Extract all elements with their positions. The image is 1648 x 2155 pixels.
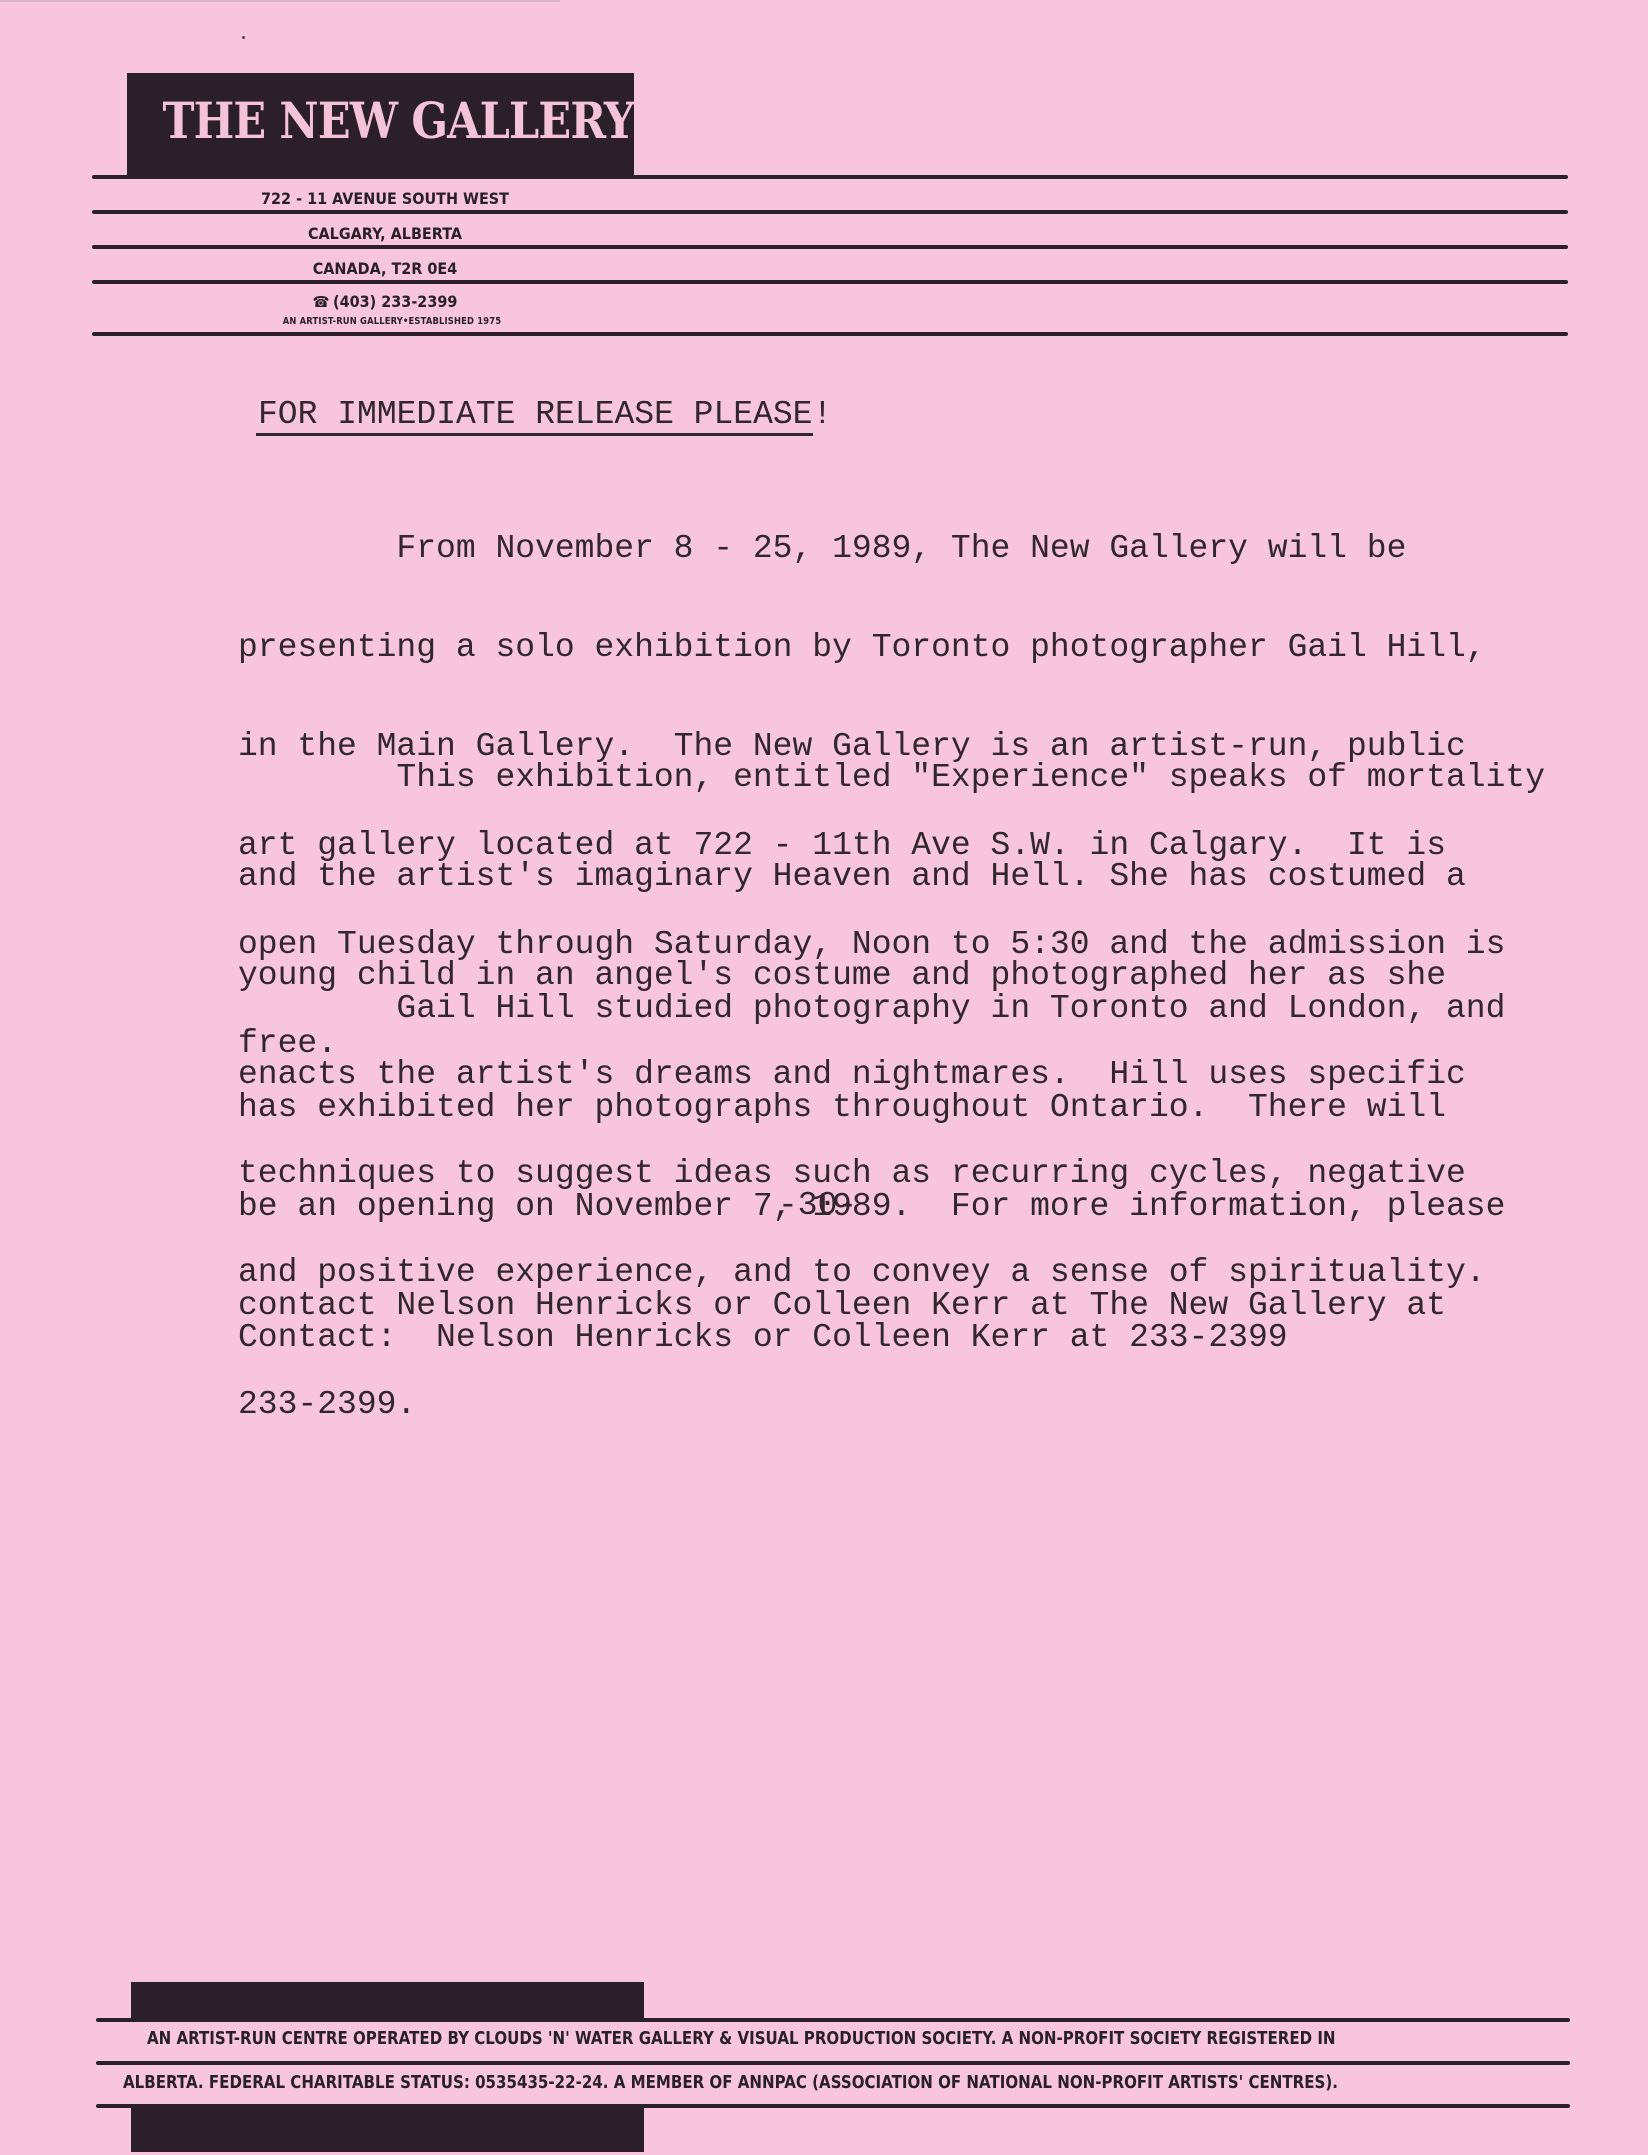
footer-rule-2 — [96, 2061, 1570, 2065]
paragraph-line: presenting a solo exhibition by Toronto … — [238, 631, 1505, 664]
footer-text-line-1: AN ARTIST-RUN CENTRE OPERATED BY CLOUDS … — [147, 2029, 1336, 2049]
paragraph-line: Gail Hill studied photography in Toronto… — [238, 992, 1505, 1025]
scan-edge-artifact — [0, 0, 560, 2]
paragraph-line: and the artist's imaginary Heaven and He… — [238, 860, 1545, 893]
press-release-page: THE NEW GALLERY 722 - 11 AVENUE SOUTH WE… — [0, 0, 1648, 2155]
letterhead-rule-5 — [92, 332, 1568, 336]
paragraph-line: contact Nelson Henricks or Colleen Kerr … — [238, 1289, 1505, 1322]
gallery-tagline: AN ARTIST-RUN GALLERY•ESTABLISHED 1975 — [207, 316, 577, 327]
contact-line: Contact: Nelson Henricks or Colleen Kerr… — [238, 1321, 1288, 1354]
end-of-release-mark: -30- — [778, 1189, 857, 1222]
letterhead-rule-1 — [92, 175, 1568, 179]
letterhead-rule-2 — [92, 210, 1568, 214]
release-headline: FOR IMMEDIATE RELEASE PLEASE! — [258, 398, 832, 431]
headline-underline — [256, 433, 813, 436]
paragraph-line: 233-2399. — [238, 1388, 1505, 1421]
footer-text-line-2: ALBERTA. FEDERAL CHARITABLE STATUS: 0535… — [123, 2073, 1338, 2093]
letterhead-logo-block: THE NEW GALLERY — [127, 73, 634, 178]
paragraph-line: has exhibited her photographs throughout… — [238, 1091, 1505, 1124]
address-city: CALGARY, ALBERTA — [196, 224, 574, 243]
address-country-postal: CANADA, T2R 0E4 — [196, 259, 574, 278]
footer-block-top — [131, 1982, 644, 2022]
paper-speck — [242, 36, 245, 39]
footer-block-bottom — [131, 2108, 644, 2152]
footer-rule-1 — [96, 2018, 1570, 2022]
gallery-name-logo: THE NEW GALLERY — [162, 91, 598, 150]
paragraph-line: be an opening on November 7, 1989. For m… — [238, 1190, 1505, 1223]
paragraph-line: This exhibition, entitled "Experience" s… — [238, 761, 1545, 794]
paragraph-3: Gail Hill studied photography in Toronto… — [238, 926, 1505, 1487]
letterhead-rule-3 — [92, 245, 1568, 249]
paragraph-line: From November 8 - 25, 1989, The New Gall… — [238, 532, 1505, 565]
phone-number: (403) 233-2399 — [333, 292, 457, 311]
address-street: 722 - 11 AVENUE SOUTH WEST — [196, 189, 574, 208]
phone-number-row: ☎(403) 233-2399 — [196, 292, 574, 311]
telephone-icon: ☎ — [313, 293, 330, 311]
letterhead-rule-4 — [92, 280, 1568, 284]
